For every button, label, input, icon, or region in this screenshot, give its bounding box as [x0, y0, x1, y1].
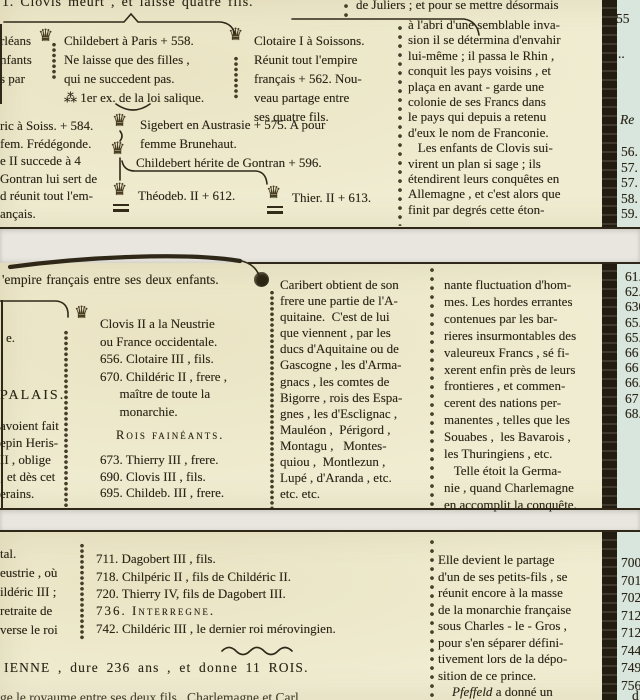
column-divider-bar — [602, 532, 617, 700]
rois-faineants-heading: Rois fainéants. — [116, 428, 224, 443]
wavy-divider — [234, 56, 238, 100]
wavy-divider — [52, 42, 56, 80]
crown-icon: ♛ — [112, 113, 127, 130]
dynasty-summary-line: IENNE , dure 236 ans , et donne 11 ROIS. — [4, 660, 309, 675]
history-paragraph: à l'abri d'une semblable inva- sion il s… — [408, 17, 606, 217]
paragraph-first-line: de Juliers ; et pour se mettre désormais — [356, 0, 608, 12]
column-divider-bar — [602, 263, 617, 510]
cut-bottom-line: ge le royaume entre ses deux fils , Char… — [0, 690, 299, 700]
dotted-divider — [398, 24, 402, 226]
history-paragraph: nante fluctuation d'hom- mes. Les hordes… — [444, 277, 604, 514]
partition-heading: 'empire français entre ses deux enfants. — [2, 272, 219, 287]
palais-heading: PALAIS. — [0, 388, 65, 403]
section-gap-band — [0, 229, 640, 263]
year-column-label: Re — [620, 112, 634, 127]
section-rule — [0, 227, 640, 229]
sigebert-entry-line2: femme Brunehaut. — [140, 136, 237, 151]
year-entry: 55 — [616, 11, 630, 26]
king-entry: 720. Thierry IV, fils de Dagobert III. — [96, 586, 286, 601]
cut-left-fragments: tal. eustrie , où ildéric III ; retraite… — [0, 544, 58, 639]
wavy-divider — [80, 543, 84, 640]
crown-icon: ♛ — [266, 185, 281, 202]
history-paragraph: Elle devient le partage d'un de ses peti… — [438, 552, 603, 684]
heading-clovis-death: 1. Clovis meurt , et laisse quatre fils. — [2, 0, 253, 10]
year-list: 700 701 702 712 712 744 749 756 — [621, 554, 640, 694]
king-entry: 742. Childéric III , le dernier roi méro… — [96, 621, 336, 636]
king-entry-interregne: 736. Interregne. — [96, 603, 215, 618]
wavy-divider — [64, 330, 68, 508]
crown-icon: ♛ — [110, 141, 125, 158]
year-list: 61. 62. 630 65. 65. 66 66 66. 67 68. — [625, 269, 640, 421]
childebert-entry: Childebert à Paris + 558. Ne laisse que … — [64, 31, 204, 107]
dotted-divider — [430, 538, 434, 700]
cut-left-fragments: avoient fait epin Heris- II , oblige ; e… — [0, 418, 59, 503]
crown-pedestal — [113, 204, 129, 212]
thierry-entry: Thier. II + 613. — [292, 190, 371, 205]
year-list: 56. 57. 57. 58. 59. — [621, 144, 638, 222]
clovis-ii-entry: Clovis II a la Neustrie ou France occide… — [100, 315, 227, 420]
cut-left-fragments: ric à Soiss. + 584. fem. Frédégonde. e I… — [0, 117, 97, 223]
dotted-divider — [344, 2, 348, 22]
dotted-divider — [430, 266, 434, 508]
crown-pedestal — [267, 206, 283, 214]
theodebert-entry: Théodeb. II + 612. — [138, 188, 235, 203]
crown-icon: ♛ — [228, 27, 243, 44]
childebert-heir-entry: Childebert hérite de Gontran + 596. — [136, 155, 322, 170]
pfeffeld-reference-rest: a donné un — [492, 684, 552, 699]
wavy-divider — [270, 290, 274, 508]
caribert-entry: Caribert obtient de son frere une partie… — [280, 277, 430, 502]
sigebert-entry: Sigebert en Austrasie + 575. A pour — [140, 117, 325, 132]
crown-icon: ♛ — [112, 182, 127, 199]
lazy-kings-list: 673. Thierry III , frere. 690. Clovis II… — [100, 452, 224, 502]
year-entry: d — [632, 688, 639, 700]
clotaire-entry: Clotaire I à Soissons. Réunit tout l'emp… — [254, 31, 365, 126]
king-entry: 711. Dagobert III , fils. — [96, 551, 216, 566]
section-rule — [0, 530, 640, 532]
cut-left-fragment: e. — [6, 330, 15, 345]
crown-icon: ♛ — [38, 28, 53, 45]
pfeffeld-reference: Pfeffeld — [452, 684, 492, 699]
crown-icon: ♛ — [74, 305, 89, 322]
document-page: 1. Clovis meurt , et laisse quatre fils.… — [0, 0, 640, 700]
cut-left-fragments: rléans nfants s par — [0, 31, 32, 88]
medallion-icon — [254, 272, 269, 287]
section-rule — [248, 262, 640, 264]
year-entry: .. — [618, 46, 625, 61]
king-entry: 718. Chilpéric II , fils de Childéric II… — [96, 569, 291, 584]
